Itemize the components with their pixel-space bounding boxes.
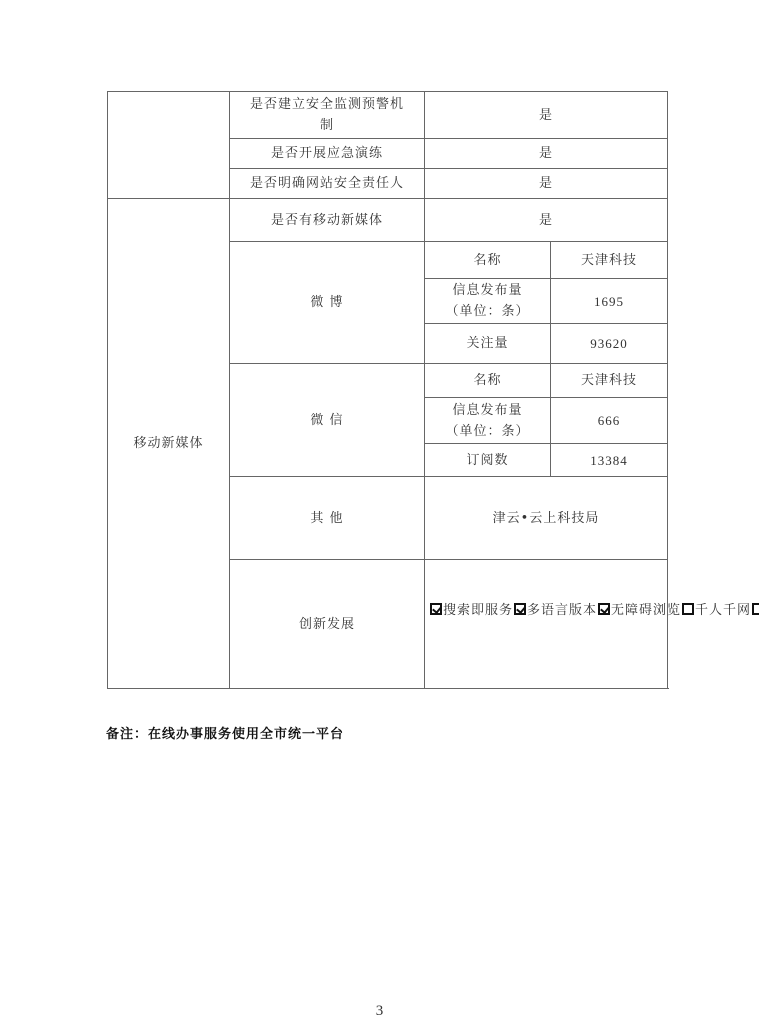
weibo-followers-label: 关注量 [425,324,551,364]
wechat-posts-value: 666 [551,398,668,444]
has-media-value: 是 [425,199,668,242]
innovation-option-label: 无障碍浏览 [611,603,681,618]
checkbox-checked-icon[interactable] [430,603,442,615]
other-label: 其 他 [230,477,425,560]
checkbox-checked-icon[interactable] [514,603,526,615]
wechat-subscribers-value: 13384 [551,444,668,477]
innovation-section-label: 创新发展 [230,560,425,689]
security-section-cell [108,92,230,199]
row-value: 是 [425,92,668,139]
page-number: 3 [0,1003,759,1020]
row-value: 是 [425,139,668,169]
innovation-option-label: 多语言版本 [527,603,597,618]
innovation-option-label: 千人千网 [695,603,751,618]
weibo-name-label: 名称 [425,242,551,279]
wechat-name-label: 名称 [425,364,551,398]
checkbox-checked-icon[interactable] [598,603,610,615]
wechat-name-value: 天津科技 [551,364,668,398]
row-value: 是 [425,169,668,199]
wechat-posts-label: 信息发布量（单位：条） [425,398,551,444]
weibo-posts-value: 1695 [551,279,668,324]
wechat-label: 微 信 [230,364,425,477]
weibo-followers-value: 93620 [551,324,668,364]
footnote: 备注：在线办事服务使用全市统一平台 [106,723,344,742]
row-label: 是否明确网站安全责任人 [230,169,425,199]
row-label: 是否开展应急演练 [230,139,425,169]
report-table: 是否建立安全监测预警机制 是 是否开展应急演练 是 是否明确网站安全责任人 是 … [107,91,668,689]
weibo-label: 微 博 [230,242,425,364]
row-label: 是否建立安全监测预警机制 [230,92,425,139]
wechat-subscribers-label: 订阅数 [425,444,551,477]
mobile-media-section-label: 移动新媒体 [108,199,230,689]
checkbox-unchecked-icon[interactable] [682,603,694,615]
innovation-options: 搜索即服务多语言版本无障碍浏览千人千网其他 [425,560,668,689]
innovation-option-label: 搜索即服务 [443,603,513,618]
weibo-posts-label: 信息发布量（单位：条） [425,279,551,324]
has-media-label: 是否有移动新媒体 [230,199,425,242]
weibo-name-value: 天津科技 [551,242,668,279]
checkbox-unchecked-icon[interactable] [752,603,759,615]
other-value: 津云•云上科技局 [425,477,668,560]
